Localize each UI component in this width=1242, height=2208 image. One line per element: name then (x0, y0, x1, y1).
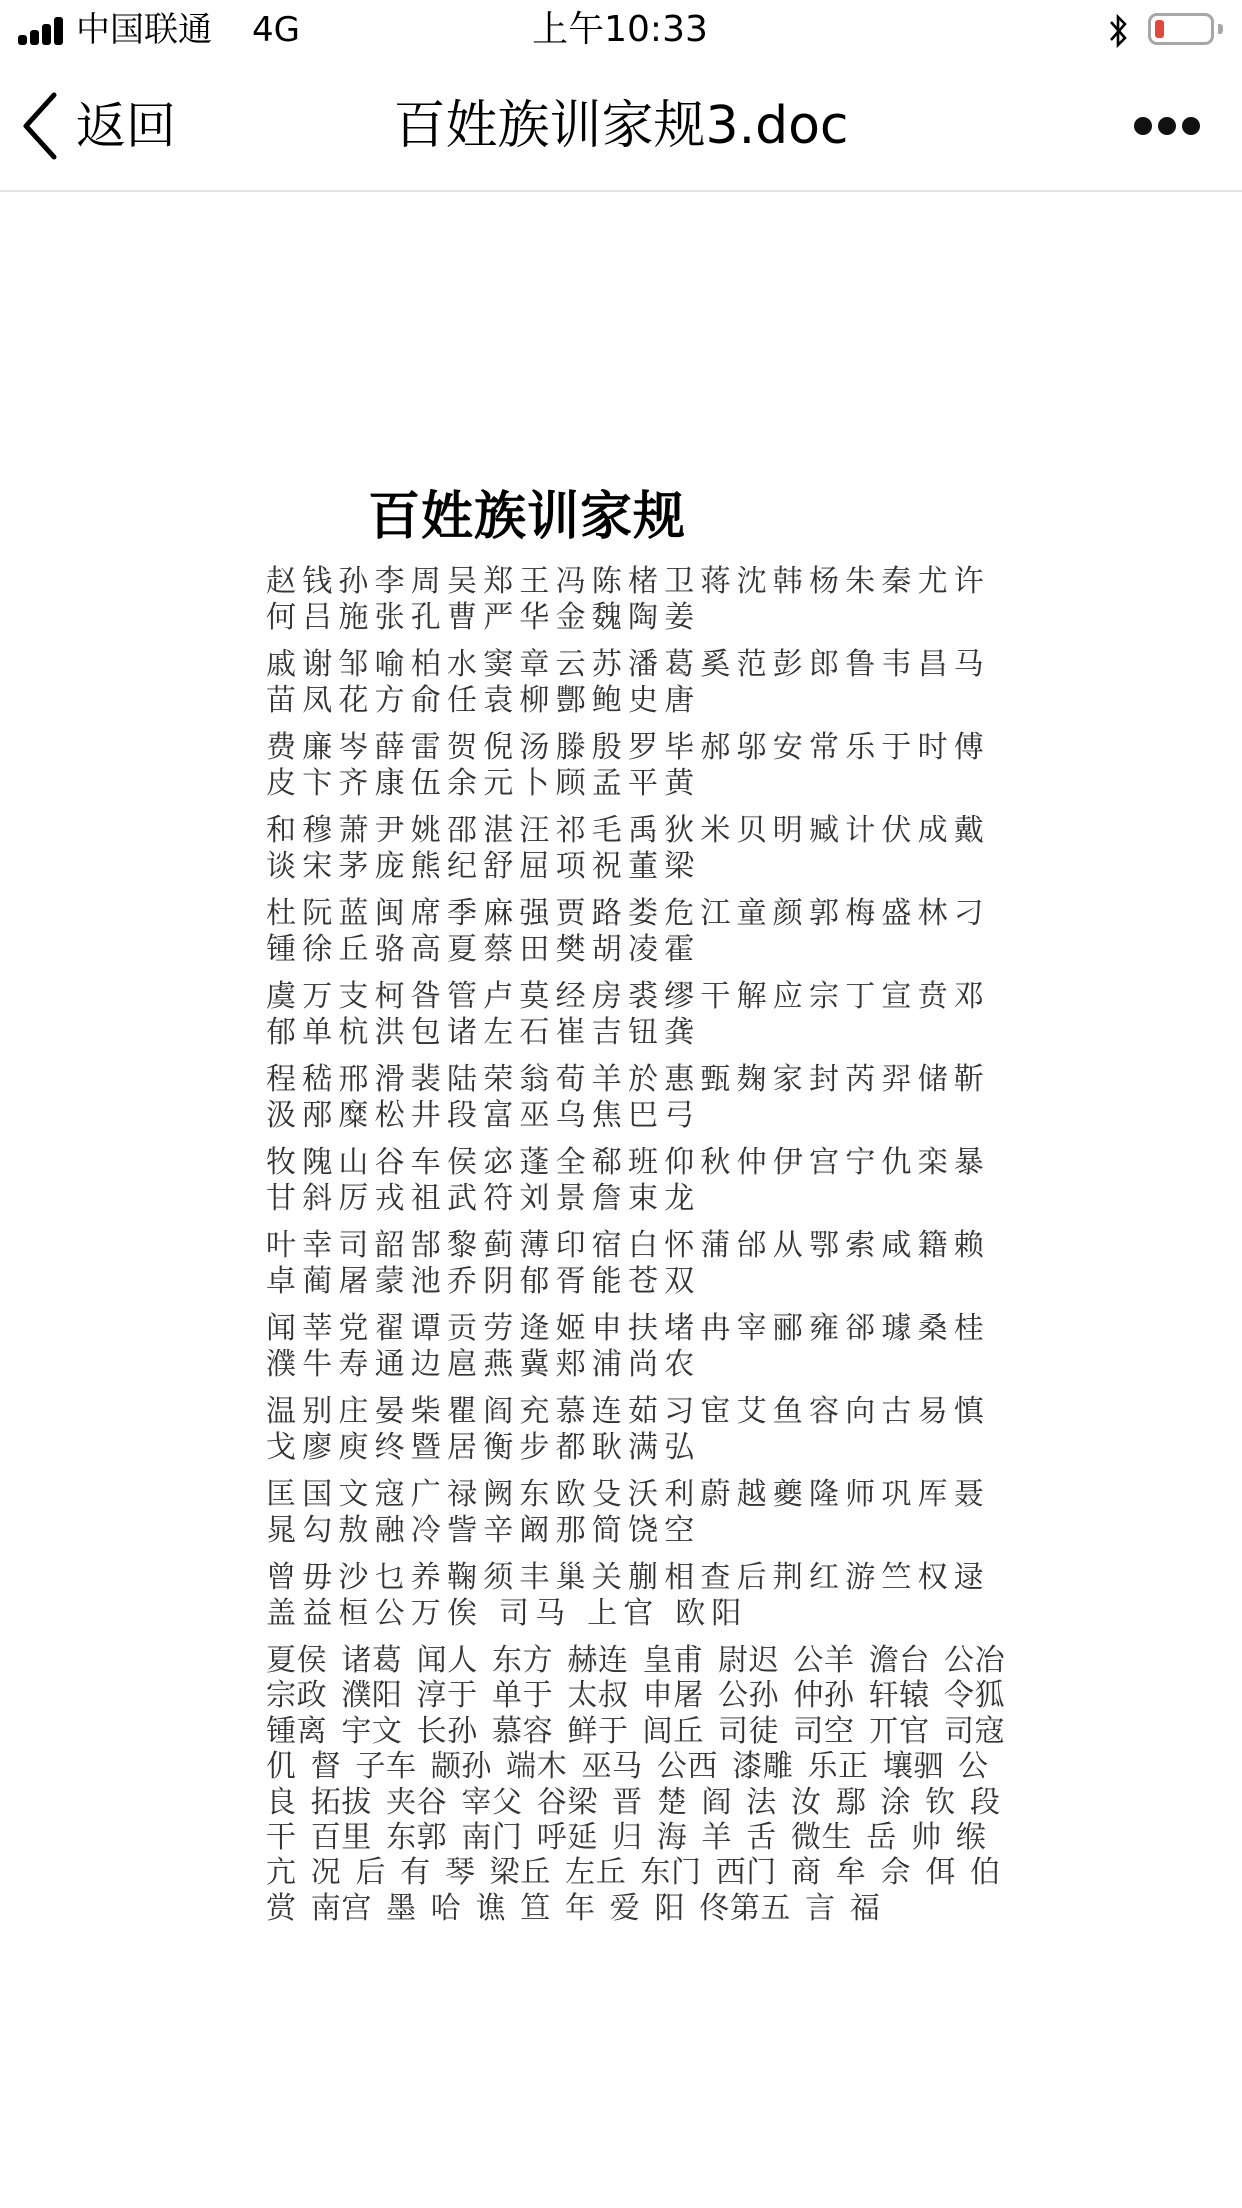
status-time: 上午10:33 (0, 8, 1242, 52)
battery-icon (1148, 13, 1214, 45)
dot-icon (1134, 117, 1152, 135)
battery-level (1155, 20, 1164, 38)
surname-paragraph: 牧隗山谷车侯宓蓬全郗班仰秋仲伊宫宁仇栾暴甘斜厉戎祖武符刘景詹束龙 (266, 1145, 1016, 1216)
page-title: 百姓族训家规3.doc (0, 90, 1242, 162)
surname-paragraph: 戚谢邹喻柏水窦章云苏潘葛奚范彭郎鲁韦昌马苗凤花方俞任袁柳酆鲍史唐 (266, 647, 1016, 718)
surname-paragraph: 费廉岑薛雷贺倪汤滕殷罗毕郝邬安常乐于时傅皮卞齐康伍余元卜顾孟平黄 (266, 730, 1016, 801)
surname-paragraph: 杜阮蓝闽席季麻强贾路娄危江童颜郭梅盛林刁锺徐丘骆高夏蔡田樊胡凌霍 (266, 896, 1016, 967)
surname-paragraph: 叶幸司韶郜黎蓟薄印宿白怀蒲邰从鄂索咸籍赖卓蔺屠蒙池乔阴郁胥能苍双 (266, 1228, 1016, 1299)
document-body: 赵钱孙李周吴郑王冯陈楮卫蒋沈韩杨朱秦尤许何吕施张孔曹严华金魏陶姜 戚谢邹喻柏水窦… (266, 564, 1016, 1938)
surname-paragraph: 闻莘党翟谭贡劳逄姬申扶堵冉宰郦雍郤璩桑桂濮牛寿通边扈燕冀郏浦尚农 (266, 1311, 1016, 1382)
navigation-bar: 返回 百姓族训家规3.doc (0, 60, 1242, 192)
status-bar: 中国联通 4G 上午10:33 (0, 0, 1242, 60)
surname-paragraph: 温别庄晏柴瞿阎充慕连茹习宦艾鱼容向古易慎戈廖庾终暨居衡步都耿满弘 (266, 1394, 1016, 1465)
dot-icon (1158, 117, 1176, 135)
dot-icon (1182, 117, 1200, 135)
bluetooth-icon (1108, 12, 1130, 50)
surname-paragraph: 匡国文寇广禄阙东欧殳沃利蔚越夔隆师巩厍聂晁勾敖融冷訾辛阚那简饶空 (266, 1477, 1016, 1548)
surname-paragraph: 虞万支柯昝管卢莫经房裘缪干解应宗丁宣贲邓郁单杭洪包诸左石崔吉钮龚 (266, 979, 1016, 1050)
compound-surname-paragraph: 夏侯 诸葛 闻人 东方 赫连 皇甫 尉迟 公羊 澹台 公冶 宗政 濮阳 淳于 单… (266, 1643, 1016, 1926)
surname-paragraph: 曾毋沙乜养鞠须丰巢关蒯相查后荆红游竺权逯盖益桓公万俟 司马 上官 欧阳 (266, 1560, 1016, 1631)
surname-paragraph: 和穆萧尹姚邵湛汪祁毛禹狄米贝明臧计伏成戴谈宋茅庞熊纪舒屈项祝董梁 (266, 813, 1016, 884)
surname-paragraph: 赵钱孙李周吴郑王冯陈楮卫蒋沈韩杨朱秦尤许何吕施张孔曹严华金魏陶姜 (266, 564, 1016, 635)
more-options-button[interactable] (1134, 114, 1200, 138)
surname-paragraph: 程嵇邢滑裴陆荣翁荀羊於惠甄麹家封芮羿储靳汲邴糜松井段富巫乌焦巴弓 (266, 1062, 1016, 1133)
document-heading: 百姓族训家规 (368, 482, 686, 552)
document-viewer[interactable]: 百姓族训家规 赵钱孙李周吴郑王冯陈楮卫蒋沈韩杨朱秦尤许何吕施张孔曹严华金魏陶姜 … (0, 192, 1242, 2208)
